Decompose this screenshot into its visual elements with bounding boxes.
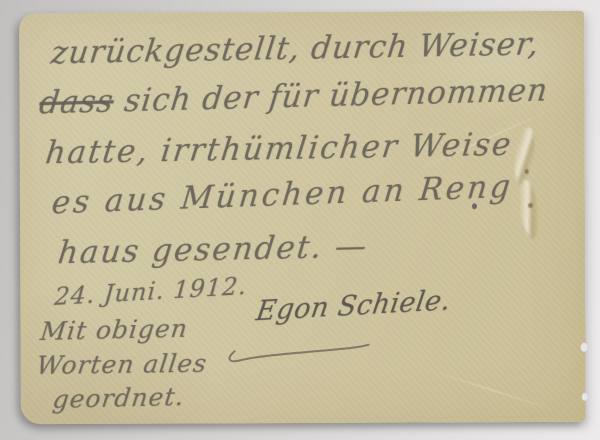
closing-line-3: geordnet. — [51, 382, 186, 414]
paper-blemish — [528, 203, 533, 208]
signature: Egon Schiele. — [254, 285, 453, 327]
manuscript-line-2-rest: sich der für übernommen — [112, 72, 551, 119]
manuscript-line-4: es aus München an Reng — [50, 169, 515, 222]
torn-edge-notch — [581, 343, 588, 352]
photo-background: zurückgestellt, durch Weiser, dass sich … — [0, 0, 600, 440]
paper-scratch — [424, 368, 558, 412]
paper-blemish — [525, 169, 529, 174]
paper-crease — [515, 178, 542, 240]
manuscript-line-3: hatte, irrthümlicher Weise — [44, 127, 515, 172]
manuscript-line-2: dass sich der für übernommen — [37, 72, 550, 121]
manuscript-line-1: zurückgestellt, durch Weiser, — [49, 26, 541, 71]
paper-crease — [512, 126, 538, 186]
closing-line-1: Mit obigen — [39, 314, 190, 346]
closing-line-2: Worten alles — [35, 349, 209, 380]
manuscript-line-5: haus gesendet. — — [56, 228, 370, 271]
torn-edge-notch — [582, 393, 588, 401]
date-line: 24. Juni. 1912. — [53, 272, 248, 311]
manuscript-card: zurückgestellt, durch Weiser, dass sich … — [19, 11, 586, 424]
struck-word: dass — [37, 83, 115, 121]
signature-underline-flourish — [225, 338, 375, 367]
